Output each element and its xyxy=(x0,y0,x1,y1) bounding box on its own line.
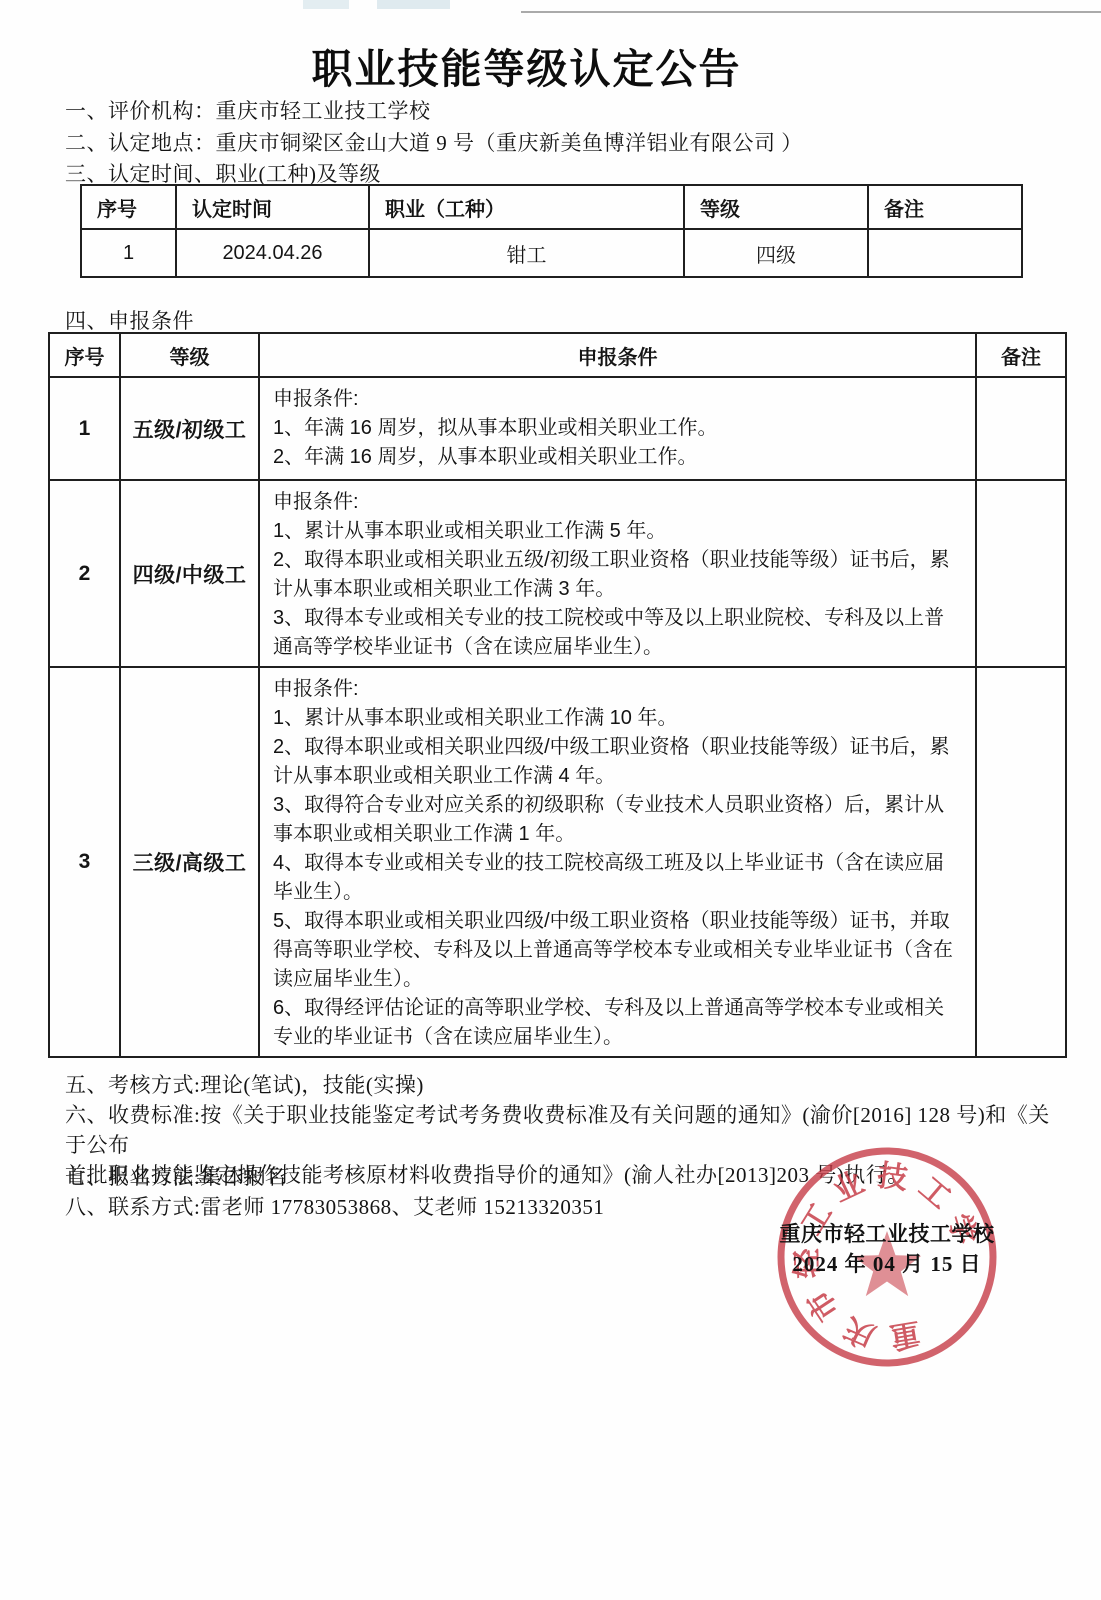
condition-line: 2、取得本职业或相关职业四级/中级工职业资格（职业技能等级）证书后，累计从事本职… xyxy=(273,733,963,791)
header-serial: 序号 xyxy=(49,333,120,377)
table-row: 1 2024.04.26 钳工 四级 xyxy=(81,229,1022,277)
condition-line: 2、取得本职业或相关职业五级/初级工职业资格（职业技能等级）证书后，累计从事本职… xyxy=(273,546,963,604)
official-seal: 重庆市轻工业技工学校 重庆市轻工业技工学校 2024 年 04 月 15 日 xyxy=(752,1122,1022,1392)
table-row: 3 三级/高级工 申报条件: 1、累计从事本职业或相关职业工作满 10 年。 2… xyxy=(49,667,1066,1057)
serial-cell: 2 xyxy=(49,480,120,667)
remark-cell xyxy=(976,480,1066,667)
table-row: 1 五级/初级工 申报条件: 1、年满 16 周岁，拟从事本职业或相关职业工作。… xyxy=(49,377,1066,480)
table-header-row: 序号 等级 申报条件 备注 xyxy=(49,333,1066,377)
table-row: 2 四级/中级工 申报条件: 1、累计从事本职业或相关职业工作满 5 年。 2、… xyxy=(49,480,1066,667)
signature-org: 重庆市轻工业技工学校 xyxy=(752,1218,1022,1248)
header-level: 等级 xyxy=(120,333,259,377)
condition-line: 5、取得本职业或相关职业四级/中级工职业资格（职业技能等级）证书，并取得高等职业… xyxy=(273,907,963,994)
condition-line: 4、取得本专业或相关专业的技工院校高级工班及以上毕业证书（含在读应届毕业生）。 xyxy=(273,849,963,907)
serial-cell: 1 xyxy=(81,229,176,277)
date-cell: 2024.04.26 xyxy=(176,229,369,277)
condition-line: 申报条件: xyxy=(273,385,963,414)
serial-cell: 3 xyxy=(49,667,120,1057)
remark-cell xyxy=(868,229,1022,277)
condition-line: 6、取得经评估论证的高等职业学校、专科及以上普通高等学校本专业或相关专业的毕业证… xyxy=(273,994,963,1052)
level-cell: 五级/初级工 xyxy=(120,377,259,480)
intro-item-1: 一、评价机构：重庆市轻工业技工学校 xyxy=(65,96,431,126)
condition-line: 1、年满 16 周岁，拟从事本职业或相关职业工作。 xyxy=(273,414,963,443)
header-remark: 备注 xyxy=(976,333,1066,377)
document-page: 职业技能等级认定公告 一、评价机构：重庆市轻工业技工学校 二、认定地点：重庆市铜… xyxy=(0,0,1101,1600)
condition-line: 1、累计从事本职业或相关职业工作满 10 年。 xyxy=(273,704,963,733)
level-cell: 四级/中级工 xyxy=(120,480,259,667)
header-date: 认定时间 xyxy=(176,185,369,229)
application-conditions-table: 序号 等级 申报条件 备注 1 五级/初级工 申报条件: 1、年满 16 周岁，… xyxy=(48,332,1067,1058)
conditions-cell: 申报条件: 1、年满 16 周岁，拟从事本职业或相关职业工作。 2、年满 16 … xyxy=(259,377,976,480)
remark-cell xyxy=(976,667,1066,1057)
level-cell: 四级 xyxy=(684,229,868,277)
condition-line: 2、年满 16 周岁，从事本职业或相关职业工作。 xyxy=(273,443,963,472)
intro-item-2: 二、认定地点：重庆市铜梁区金山大道 9 号（重庆新美鱼博洋铝业有限公司 ） xyxy=(65,128,803,158)
condition-line: 3、取得符合专业对应关系的初级职称（专业技术人员职业资格）后，累计从事本职业或相… xyxy=(273,791,963,849)
page-title: 职业技能等级认定公告 xyxy=(0,36,1077,95)
serial-cell: 1 xyxy=(49,377,120,480)
certification-schedule-table: 序号 认定时间 职业（工种） 等级 备注 1 2024.04.26 钳工 四级 xyxy=(80,184,1023,278)
remark-cell xyxy=(976,377,1066,480)
conditions-cell: 申报条件: 1、累计从事本职业或相关职业工作满 10 年。 2、取得本职业或相关… xyxy=(259,667,976,1057)
footer-item-8: 八、联系方式:雷老师 17783053868、艾老师 15213320351 xyxy=(65,1192,604,1222)
header-serial: 序号 xyxy=(81,185,176,229)
condition-line: 申报条件: xyxy=(273,675,963,704)
signature-date: 2024 年 04 月 15 日 xyxy=(752,1248,1022,1278)
table-header-row: 序号 认定时间 职业（工种） 等级 备注 xyxy=(81,185,1022,229)
header-level: 等级 xyxy=(684,185,868,229)
condition-line: 申报条件: xyxy=(273,488,963,517)
header-occupation: 职业（工种） xyxy=(369,185,684,229)
condition-line: 1、累计从事本职业或相关职业工作满 5 年。 xyxy=(273,517,963,546)
level-cell: 三级/高级工 xyxy=(120,667,259,1057)
condition-line: 3、取得本专业或相关专业的技工院校或中等及以上职业院校、专科及以上普通高等学校毕… xyxy=(273,604,963,662)
occupation-cell: 钳工 xyxy=(369,229,684,277)
header-conditions: 申报条件 xyxy=(259,333,976,377)
scan-artifact xyxy=(303,0,349,9)
scan-artifact xyxy=(377,0,450,9)
footer-item-5: 五、考核方式:理论(笔试)，技能(实操) xyxy=(65,1070,424,1100)
footer-item-7: 七、报名方法:集体报名 xyxy=(65,1162,286,1192)
scan-artifact xyxy=(521,11,1101,13)
header-remark: 备注 xyxy=(868,185,1022,229)
conditions-cell: 申报条件: 1、累计从事本职业或相关职业工作满 5 年。 2、取得本职业或相关职… xyxy=(259,480,976,667)
